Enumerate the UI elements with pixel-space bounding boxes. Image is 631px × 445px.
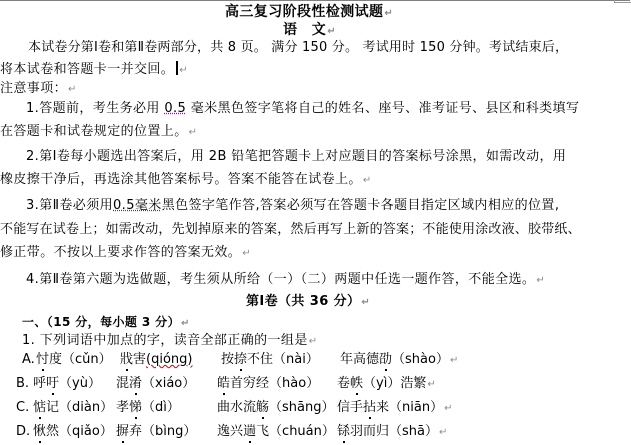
page-top-border bbox=[0, 0, 630, 1]
emphasis-dot-char: 皓 bbox=[217, 376, 230, 391]
paragraph-mark-icon: ↵ bbox=[181, 318, 190, 329]
option-a-label: A. bbox=[22, 352, 35, 368]
option-b-label: B. bbox=[16, 376, 29, 392]
option-d-item-2: 摒弃（bìng） bbox=[116, 424, 196, 440]
note-1-line-2-text: 在答题卡和试卷规定的位置上。 bbox=[0, 124, 188, 139]
note-3-line-1: 3.第Ⅱ卷必须用0.5毫米黑色签字笔作答,答案必须写在答题卡各题目指定区域内相应… bbox=[26, 198, 559, 214]
option-d-item-1: 愀然（qiǎo） bbox=[33, 424, 113, 440]
option-d-item-4: 铩羽而归（shā）↵ bbox=[337, 424, 447, 441]
option-c-item-4: 信手拈来（niān）↵ bbox=[337, 400, 453, 417]
note-2-line-1: 2.第Ⅰ卷每小题选出答案后，用 2B 铅笔把答题卡上对应题目的答案标号涂黑，如需… bbox=[26, 149, 566, 165]
part-heading-text: 一、（15 分，每小题 3 分） bbox=[22, 315, 180, 329]
emphasis-dot-char: 悌 bbox=[129, 400, 142, 415]
emphasis-dot-char: 遄 bbox=[243, 424, 256, 439]
paragraph-mark-icon: ↵ bbox=[363, 175, 372, 186]
paragraph-mark-icon: ↵ bbox=[444, 403, 452, 414]
paragraph-mark-icon: ↵ bbox=[242, 248, 251, 259]
option-c-item-1: 惦记（diàn） bbox=[33, 400, 113, 416]
intro-line-1: 本试卷分第Ⅰ卷和第Ⅱ卷两部分，共 8 页。 满分 150 分。 考试用时 150… bbox=[28, 40, 568, 56]
document-subject: 语 文↵ bbox=[283, 22, 336, 40]
emphasis-dot-char: 觞 bbox=[256, 400, 269, 415]
note-1-text-a: 1.答题前，考生务必用 bbox=[26, 101, 164, 116]
intro-line-2-text: 将本试卷和答题卡一并交回。 bbox=[0, 62, 174, 77]
subject-text: 语 文 bbox=[283, 22, 326, 38]
option-b-item-4: 卷帙（yì）浩繁↵ bbox=[337, 376, 436, 393]
paragraph-mark-icon: ↵ bbox=[189, 127, 198, 138]
paragraph-mark-icon: ↵ bbox=[309, 336, 318, 347]
note-3-text-b: 黑色签字笔作答,答案必须写在答题卡各题目指定区域内相应的位置, bbox=[162, 198, 560, 213]
option-c-label: C. bbox=[16, 400, 29, 416]
emphasis-dot-char: 铩 bbox=[337, 424, 350, 439]
note-1-line-1: 1.答题前，考生务必用 0.5 毫米黑色签字笔将自己的姓名、座号、准考证号、县区… bbox=[26, 101, 579, 117]
emphasis-dot-char: 淆 bbox=[129, 376, 142, 391]
note-3-text-a: 3.第Ⅱ卷必须用 bbox=[26, 198, 113, 213]
emphasis-dot-char: 吁 bbox=[46, 376, 59, 391]
question-1: 1. 下列词语中加点的字，读音全部正确的一组是↵ bbox=[22, 333, 318, 350]
note-3-marked-text: 0.5毫米 bbox=[113, 198, 162, 213]
note-1-marked-text: 0.5 bbox=[164, 101, 186, 116]
emphasis-dot-char: 劭 bbox=[379, 352, 392, 367]
note-4-line-1: 4.第Ⅱ卷第六题为选做题，考生须从所给（一）（二）两题中任选一题作答，不能全选。… bbox=[26, 272, 545, 289]
paragraph-mark-icon: ↵ bbox=[179, 65, 188, 76]
note-1-line-2: 在答题卡和试卷规定的位置上。↵ bbox=[0, 124, 197, 141]
margin-corner-mark-h bbox=[614, 2, 631, 3]
paragraph-mark-icon: ↵ bbox=[536, 275, 545, 286]
emphasis-dot-char: 忖 bbox=[36, 352, 49, 367]
paragraph-mark-icon: ↵ bbox=[68, 84, 77, 95]
option-a-item-1: 忖度（cǔn） bbox=[36, 352, 112, 368]
emphasis-dot-char: 帙 bbox=[350, 376, 363, 391]
emphasis-dot-char: 捺 bbox=[234, 352, 247, 367]
option-b-item-3: 皓首穷经（hào） bbox=[217, 376, 319, 392]
spelling-flag: (qióng) bbox=[146, 352, 192, 367]
option-a-item-3: 按捺不住（nài） bbox=[221, 352, 319, 368]
paragraph-mark-icon: ↵ bbox=[439, 427, 447, 438]
paragraph-mark-icon: ↵ bbox=[450, 355, 458, 366]
note-3-line-3: 修正带。不按以上要求作答的答案无效。↵ bbox=[0, 245, 251, 262]
option-a-item-2: 戕害(qióng) bbox=[120, 352, 192, 368]
note-4-text: 4.第Ⅱ卷第六题为选做题，考生须从所给（一）（二）两题中任选一题作答，不能全选。 bbox=[26, 272, 535, 287]
intro-line-2[interactable]: 将本试卷和答题卡一并交回。↵ bbox=[0, 61, 188, 79]
option-b-item-2: 混淆（xiáo） bbox=[116, 376, 195, 392]
text-cursor bbox=[176, 61, 178, 75]
option-a-item-4: 年高德劭（shào）↵ bbox=[340, 352, 458, 369]
emphasis-dot-char: 戕 bbox=[120, 352, 133, 367]
paragraph-mark-icon: ↵ bbox=[327, 26, 336, 37]
option-b-item-1: 呼吁（yù） bbox=[33, 376, 101, 392]
notes-heading-text: 注意事项： bbox=[0, 81, 67, 96]
title-text: 高三复习阶段性检测试题 bbox=[225, 4, 383, 20]
note-3-line-2: 不能写在试卷上；如需改动，先划掉原来的答案，然后再写上新的答案；不能使用涂改液、… bbox=[0, 222, 581, 238]
note-2-line-2: 橡皮擦干净后，再选涂其他答案标号。答案不能答在试卷上。↵ bbox=[0, 172, 372, 189]
note-1-text-b: 毫米黑色签字笔将自己的姓名、座号、准考证号、县区和科类填写 bbox=[186, 101, 579, 116]
section-title: 第Ⅰ卷（共 36 分）↵ bbox=[246, 294, 370, 311]
paragraph-mark-icon: ↵ bbox=[427, 379, 435, 390]
note-2-line-2-text: 橡皮擦干净后，再选涂其他答案标号。答案不能答在试卷上。 bbox=[0, 172, 362, 187]
notes-heading: 注意事项：↵ bbox=[0, 81, 77, 98]
note-3-line-3-text: 修正带。不按以上要求作答的答案无效。 bbox=[0, 245, 241, 260]
emphasis-dot-char: 摒 bbox=[116, 424, 129, 439]
option-d-label: D. bbox=[16, 424, 30, 440]
question-1-text: 1. 下列词语中加点的字，读音全部正确的一组是 bbox=[22, 333, 308, 348]
emphasis-dot-char: 惦 bbox=[33, 400, 46, 415]
paragraph-mark-icon: ↵ bbox=[361, 297, 370, 308]
emphasis-dot-char: 愀 bbox=[33, 424, 46, 439]
paragraph-mark-icon: ↵ bbox=[384, 8, 393, 19]
option-c-item-2: 孝悌（dì） bbox=[116, 400, 180, 416]
emphasis-dot-char: 拈 bbox=[363, 400, 376, 415]
option-d-item-3: 逸兴遄飞（chuán） bbox=[217, 424, 335, 440]
option-c-item-3: 曲水流觞（shāng） bbox=[217, 400, 335, 416]
section-title-text: 第Ⅰ卷（共 36 分） bbox=[246, 294, 360, 309]
part-heading: 一、（15 分，每小题 3 分）↵ bbox=[22, 314, 190, 332]
document-title: 高三复习阶段性检测试题↵ bbox=[225, 4, 393, 22]
